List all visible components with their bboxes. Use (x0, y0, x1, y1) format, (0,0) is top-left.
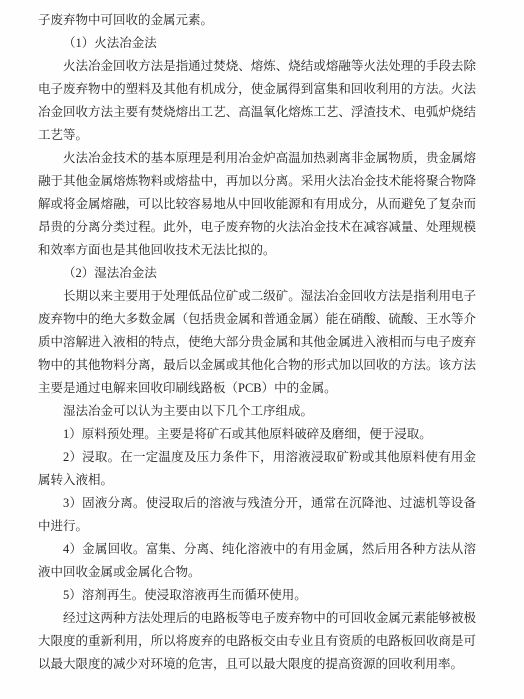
paragraph-list-item: 3）固液分离。使浸取后的溶液与残渣分开，通常在沉降池、过滤机等设备中进行。 (38, 492, 476, 538)
paragraph-body: 火法冶金技术的基本原理是利用冶金炉高温加热剥离非金属物质，贵金属熔融于其他金属熔… (38, 147, 476, 262)
paragraph-list-item: 1）原料预处理。主要是将矿石或其他原料破碎及磨细，便于浸取。 (38, 423, 476, 446)
paragraph-body: 火法冶金回收方法是指通过焚烧、熔炼、烧结或熔融等火法处理的手段去除电子废弃物中的… (38, 55, 476, 147)
paragraph-body: 湿法冶金可以认为主要由以下几个工序组成。 (38, 400, 476, 423)
document-page: 子废弃物中可回收的金属元素。（1）火法冶金法火法冶金回收方法是指通过焚烧、熔炼、… (0, 0, 524, 699)
paragraph-body: 经过这两种方法处理后的电路板等电子废弃物中的可回收金属元素能够被极大限度的重新利… (38, 607, 476, 676)
paragraph-numbered-heading: （1）火法冶金法 (38, 32, 476, 55)
text-content: 子废弃物中可回收的金属元素。（1）火法冶金法火法冶金回收方法是指通过焚烧、熔炼、… (38, 9, 476, 676)
paragraph-list-item: 4）金属回收。富集、分离、纯化溶液中的有用金属，然后用各种方法从溶液中回收金属或… (38, 538, 476, 584)
paragraph-body: 长期以来主要用于处理低品位矿或二级矿。湿法冶金回收方法是指利用电子废弃物中的绝大… (38, 285, 476, 400)
paragraph-continuation: 子废弃物中可回收的金属元素。 (38, 9, 476, 32)
paragraph-list-item: 2）浸取。在一定温度及压力条件下，用溶液浸取矿粉或其他原料使有用金属转入液相。 (38, 446, 476, 492)
paragraph-list-item: 5）溶剂再生。使浸取溶液再生而循环使用。 (38, 584, 476, 607)
paragraph-numbered-heading: （2）湿法冶金法 (38, 262, 476, 285)
